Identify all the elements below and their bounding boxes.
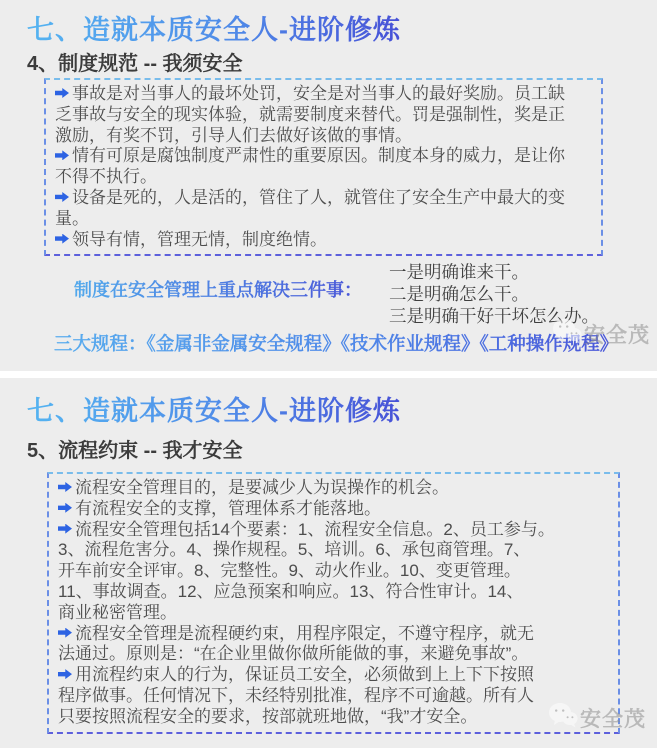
arrow-right-icon <box>58 503 72 513</box>
bullet-line-text: 事故是对当事人的最坏处罚，安全是对当事人的最好奖励。员工缺 <box>72 84 565 103</box>
bullet-line-text: 只要按照流程安全的要求，按部就班地做，“我”才安全。 <box>58 707 477 726</box>
bullet-line-text: 开车前安全评审。8、完整性。9、动火作业。10、变更管理。 <box>58 561 521 580</box>
bullet-line-text: 领导有情，管理无情，制度绝情。 <box>72 230 327 249</box>
page: 七、造就本质安全人-进阶修炼 4、制度规范 -- 我须安全 事故是对当事人的最坏… <box>0 0 657 755</box>
bullet-line-text: 3、流程危害分。4、操作规程。5、培训。6、承包商管理。7、 <box>58 540 530 559</box>
arrow-right-icon <box>55 88 69 98</box>
bullet-line: 不得不执行。 <box>55 167 592 188</box>
three-things-label: 制度在安全管理上重点解决三件事： <box>74 276 362 302</box>
slide-1-content-box: 事故是对当事人的最坏处罚，安全是对当事人的最好奖励。员工缺 乏事故与安全的现实体… <box>44 78 603 256</box>
slide-1: 七、造就本质安全人-进阶修炼 4、制度规范 -- 我须安全 事故是对当事人的最坏… <box>0 0 657 371</box>
bullet-line: 领导有情，管理无情，制度绝情。 <box>55 230 592 251</box>
three-things-item: 二是明确怎么干。 <box>389 283 599 305</box>
bullet-line: 只要按照流程安全的要求，按部就班地做，“我”才安全。 <box>58 707 609 728</box>
slide-2: 七、造就本质安全人-进阶修炼 5、流程约束 -- 我才安全 流程安全管理目的，是… <box>0 378 657 748</box>
bullet-line-text: 有流程安全的支撑，管理体系才能落地。 <box>75 499 381 518</box>
slide-2-subtitle: 5、流程约束 -- 我才安全 <box>27 434 243 463</box>
three-things-list: 一是明确谁来干。 二是明确怎么干。 三是明确干好干坏怎么办。 <box>389 261 599 327</box>
bullet-line-text: 激励，有奖不罚，引导人们去做好该做的事情。 <box>55 126 412 145</box>
bullet-line: 3、流程危害分。4、操作规程。5、培训。6、承包商管理。7、 <box>58 540 609 561</box>
three-regulations-line: 三大规程：《金属非金属安全规程》《技术作业规程》《工种操作规程》 <box>54 330 618 356</box>
slide-1-subtitle: 4、制度规范 -- 我须安全 <box>27 47 243 76</box>
bullet-line-text: 用流程约束人的行为，保证员工安全，必须做到上上下下按照 <box>75 665 534 684</box>
three-things-item: 三是明确干好干坏怎么办。 <box>389 305 599 327</box>
bullet-line-text: 商业秘密管理。 <box>58 603 177 622</box>
bullet-line: 情有可原是腐蚀制度严肃性的重要原因。制度本身的威力，是让你 <box>55 146 592 167</box>
slide-1-title: 七、造就本质安全人-进阶修炼 <box>27 8 401 47</box>
bullet-line-text: 流程安全管理包括14个要素：1、流程安全信息。2、员工参与。 <box>75 520 555 539</box>
bullet-line: 11、事故调查。12、应急预案和响应。13、符合性审计。14、 <box>58 582 609 603</box>
bullet-line-text: 11、事故调查。12、应急预案和响应。13、符合性审计。14、 <box>58 582 523 601</box>
arrow-right-icon <box>58 482 72 492</box>
three-things-item: 一是明确谁来干。 <box>389 261 599 283</box>
slide-2-title: 七、造就本质安全人-进阶修炼 <box>27 389 401 428</box>
arrow-right-icon <box>55 192 69 202</box>
bullet-line: 流程安全管理是流程硬约束，用程序限定，不遵守程序，就无 <box>58 624 609 645</box>
bullet-line: 事故是对当事人的最坏处罚，安全是对当事人的最好奖励。员工缺 <box>55 84 592 105</box>
bullet-line-text: 情有可原是腐蚀制度严肃性的重要原因。制度本身的威力，是让你 <box>72 146 565 165</box>
bullet-line: 商业秘密管理。 <box>58 603 609 624</box>
bullet-line: 用流程约束人的行为，保证员工安全，必须做到上上下下按照 <box>58 665 609 686</box>
bullet-line: 程序做事。任何情况下，未经特别批准，程序不可逾越。所有人 <box>58 686 609 707</box>
bullet-line: 开车前安全评审。8、完整性。9、动火作业。10、变更管理。 <box>58 561 609 582</box>
bullet-line-text: 程序做事。任何情况下，未经特别批准，程序不可逾越。所有人 <box>58 686 534 705</box>
bullet-line: 流程安全管理目的，是要减少人为误操作的机会。 <box>58 478 609 499</box>
bullet-line: 流程安全管理包括14个要素：1、流程安全信息。2、员工参与。 <box>58 520 609 541</box>
bullet-line-text: 乏事故与安全的现实体验，就需要制度来替代。罚是强制性，奖是正 <box>55 105 565 124</box>
bullet-line: 设备是死的，人是活的，管住了人，就管住了安全生产中最大的变 <box>55 188 592 209</box>
arrow-right-icon <box>58 524 72 534</box>
arrow-right-icon <box>55 234 69 244</box>
arrow-right-icon <box>58 628 72 638</box>
bullet-line: 法通过。原则是：“在企业里做你做所能做的事，来避免事故”。 <box>58 644 609 665</box>
bullet-line: 激励，有奖不罚，引导人们去做好该做的事情。 <box>55 126 592 147</box>
arrow-right-icon <box>58 669 72 679</box>
bullet-line-text: 不得不执行。 <box>55 167 157 186</box>
bullet-line-text: 流程安全管理目的，是要减少人为误操作的机会。 <box>75 478 449 497</box>
bullet-line: 量。 <box>55 209 592 230</box>
bullet-line-text: 法通过。原则是：“在企业里做你做所能做的事，来避免事故”。 <box>58 644 528 663</box>
bullet-line-text: 流程安全管理是流程硬约束，用程序限定，不遵守程序，就无 <box>75 624 534 643</box>
bullet-line-text: 量。 <box>55 209 89 228</box>
arrow-right-icon <box>55 150 69 160</box>
slide-2-content-box: 流程安全管理目的，是要减少人为误操作的机会。 有流程安全的支撑，管理体系才能落地… <box>47 472 620 734</box>
bullet-line-text: 设备是死的，人是活的，管住了人，就管住了安全生产中最大的变 <box>72 188 565 207</box>
bullet-line: 有流程安全的支撑，管理体系才能落地。 <box>58 499 609 520</box>
bullet-line: 乏事故与安全的现实体验，就需要制度来替代。罚是强制性，奖是正 <box>55 105 592 126</box>
